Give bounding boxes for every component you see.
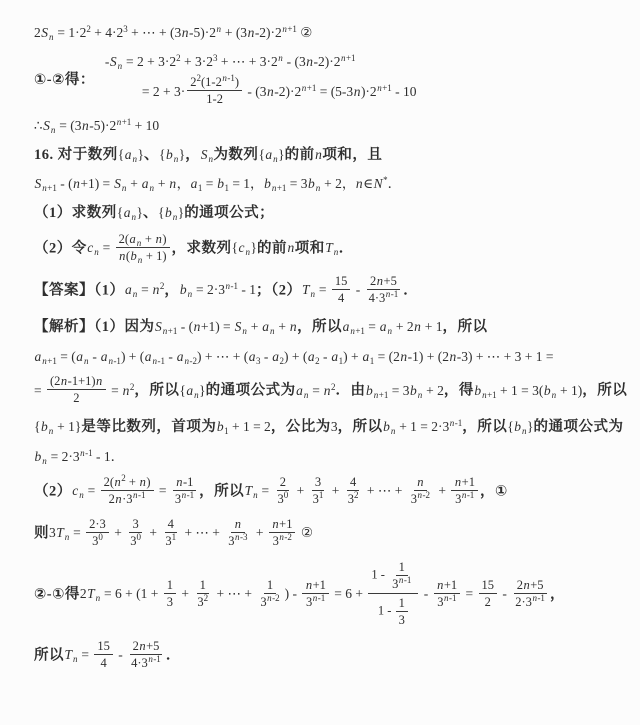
fraction: n+13n-1 (451, 475, 478, 506)
math-segment: bn = 2·3n-1 - 1． (34, 449, 124, 464)
text-segment: ；（2） (256, 282, 302, 298)
fraction: 13n-1 (389, 560, 414, 591)
math-segment: Tn = 154 - 2n+54·3n-1 (64, 647, 166, 662)
text-segment: ， (185, 147, 200, 163)
math-segment: an+1 = (an - an-1) + (an-1 - an-2) + ⋯ +… (34, 349, 554, 364)
math-segment: {cn} (232, 240, 257, 255)
fraction: n3n-2 (408, 475, 433, 506)
text-segment: ，公比为 (271, 419, 331, 435)
math-segment: {an} (117, 205, 143, 220)
text-segment: 【答案】（1） (34, 282, 125, 298)
math-segment: an = n2 (125, 282, 165, 297)
fraction: 152 (479, 578, 498, 609)
math-segment: b1 + 1 = 2 (216, 419, 270, 434)
math-segment: {an} (118, 147, 144, 162)
math-segment: bn + 1 = 2·3n-1 (383, 419, 463, 434)
question-part-1: （1）求数列{an}、{bn}的通项公式； (34, 204, 628, 223)
math-segment: an = n2 (296, 383, 336, 398)
math-segment: Sn+1 - (n+1) = Sn + an + n，a1 = b1 = 1，b… (34, 176, 401, 191)
text-segment: ②-①得 (34, 586, 80, 602)
derive-row: -Sn = 2 + 3·22 + 3·23 + ⋯ + 3·2n - (3n-2… (105, 53, 417, 71)
math-segment: Tn = 230 + 331 + 432 + ⋯ + n3n-2 + n+13n… (244, 483, 480, 498)
math-segment: 2Sn = 1·22 + 4·23 + ⋯ + (3n-5)·2n + (3n-… (34, 25, 312, 40)
solution-telescoping: an+1 = (an - an-1) + (an-1 - an-2) + ⋯ +… (34, 348, 628, 366)
math-segment: ∴Sn = (3n-5)·2n+1 + 10 (34, 118, 159, 133)
math-segment: cn = 2(n2 + n)2n·3n-1 = n-13n-1 (72, 483, 199, 498)
math-segment: {bn + 1} (34, 419, 81, 434)
text-segment: ．由 (336, 383, 366, 399)
math-segment: cn = 2(an + n)n(bn + 1) (87, 240, 172, 255)
fraction: n+13n-2 (269, 517, 296, 548)
text-segment: ，① (480, 483, 508, 499)
derive-label: ①-②得： (34, 71, 95, 90)
text-segment: 项和，且 (322, 147, 382, 163)
fraction: 2(n2 + n)2n·3n-1 (101, 475, 154, 506)
fraction: 1 - 13n-11 - 13 (368, 559, 418, 628)
fraction: 230 (275, 475, 292, 506)
fraction: 154 (94, 639, 113, 670)
text-segment: ，得 (444, 383, 474, 399)
math-segment: = (2n-1+1)n2 = n2 (34, 383, 134, 398)
text-segment: 的通项公式为 (206, 383, 296, 399)
text-segment: ． (166, 647, 181, 663)
solution-part2-cn: （2）cn = 2(n2 + n)2n·3n-1 = n-13n-1，所以Tn … (34, 477, 628, 508)
fraction: 2·330 (86, 517, 109, 548)
math-segment: an+1 = an + 2n + 1 (342, 319, 442, 334)
fraction: 22(1-2n-1)1-2 (187, 75, 242, 106)
document-body: 2Sn = 1·22 + 4·23 + ⋯ + (3n-5)·2n + (3n-… (0, 0, 640, 672)
fraction: 2(an + n)n(bn + 1) (116, 232, 170, 263)
text-segment: 则 (34, 525, 49, 541)
fraction: 2n+54·3n-1 (128, 639, 164, 670)
solution-an-formula: = (2n-1+1)n2 = n2，所以{an}的通项公式为an = n2．由b… (34, 376, 628, 407)
fraction: 432 (345, 475, 362, 506)
text-segment: （1）求数列 (34, 205, 117, 221)
fraction: 431 (162, 517, 179, 548)
math-segment: bn = 2·3n-1 - 1 (179, 282, 256, 297)
math-segment: {an} (258, 147, 284, 162)
fraction: n+13n-1 (302, 578, 329, 609)
math-segment: {bn} (507, 419, 533, 434)
text-segment: ，所以 (582, 383, 627, 399)
derive-rows: -Sn = 2 + 3·22 + 3·23 + ⋯ + 3·2n - (3n-2… (105, 53, 417, 109)
eq-given-conditions: Sn+1 - (n+1) = Sn + an + n，a1 = b1 = 1，b… (34, 175, 628, 193)
text-segment: （2） (34, 483, 72, 499)
text-segment: ． (403, 282, 418, 298)
math-segment: Tn = 154 - 2n+54·3n-1 (301, 282, 403, 297)
math-segment: 2Tn = 6 + (1 + 13 + 132 + ⋯ + 13n-2) - n… (80, 586, 550, 601)
text-segment: ，所以 (443, 319, 488, 335)
fraction: 132 (194, 578, 211, 609)
fraction: 13n-2 (257, 578, 282, 609)
solution-final-Tn: 所以Tn = 154 - 2n+54·3n-1． (34, 641, 628, 672)
math-segment: Sn+1 - (n+1) = Sn + an + n (155, 319, 298, 334)
math-segment: {an} (179, 383, 205, 398)
text-segment: 的通项公式为 (534, 419, 624, 435)
math-segment: bn+1 + 1 = 3(bn + 1) (474, 383, 582, 398)
solution-3Tn: 则3Tn = 2·330 + 330 + 431 + ⋯ + n3n-3 + n… (34, 519, 628, 550)
solution-bn-formula: bn = 2·3n-1 - 1． (34, 448, 628, 466)
math-segment: = 2 + 3·22(1-2n-1)1-2 - (3n-2)·2n+1 = (5… (142, 84, 417, 99)
text-segment: ， (550, 586, 565, 602)
fraction: 2n+52·3n-1 (512, 578, 548, 609)
fraction: 154 (332, 274, 351, 305)
fraction: 13 (396, 596, 408, 627)
math-segment: bn+1 = 3bn + 2 (366, 383, 444, 398)
derivation-subtract: ①-②得：-Sn = 2 + 3·22 + 3·23 + ⋯ + 3·2n - … (34, 53, 628, 109)
solution-line-1: 【解析】（1）因为Sn+1 - (n+1) = Sn + an + n，所以an… (34, 318, 628, 337)
solution-2Tn: ②-①得2Tn = 6 + (1 + 13 + 132 + ⋯ + 13n-2)… (34, 561, 628, 630)
text-segment: 项和 (295, 240, 325, 256)
text-segment: ，所以 (199, 483, 244, 499)
text-segment: ，所以 (297, 319, 342, 335)
derive-row: = 2 + 3·22(1-2n-1)1-2 - (3n-2)·2n+1 = (5… (142, 77, 417, 108)
math-segment: 3Tn = 2·330 + 330 + 431 + ⋯ + n3n-3 + n+… (49, 525, 313, 540)
solution-geometric: {bn + 1}是等比数列，首项为b1 + 1 = 2，公比为3，所以bn + … (34, 418, 628, 437)
text-segment: ， (164, 282, 179, 298)
fraction: 2n+54·3n-1 (366, 274, 402, 305)
fraction: 330 (127, 517, 144, 548)
text-segment: 、 (144, 147, 159, 163)
fraction: n+13n-1 (434, 578, 461, 609)
fraction: n3n-3 (225, 517, 250, 548)
text-segment: 是等比数列，首项为 (81, 419, 216, 435)
eq-Sn-result: ∴Sn = (3n-5)·2n+1 + 10 (34, 117, 628, 135)
text-segment: ，所以 (462, 419, 507, 435)
math-segment: {bn} (158, 205, 184, 220)
text-segment: （2）令 (34, 240, 87, 256)
text-segment: 为数列 (213, 147, 258, 163)
text-segment: 【解析】（1）因为 (34, 319, 155, 335)
math-segment: n (287, 240, 295, 255)
problem-16-statement: 16. 对于数列{an}、{bn}，Sn为数列{an}的前n项和，且 (34, 146, 628, 165)
math-segment: Sn (200, 147, 213, 162)
text-segment: ，所以 (134, 383, 179, 399)
question-part-2: （2）令cn = 2(an + n)n(bn + 1)，求数列{cn}的前n项和… (34, 234, 628, 265)
math-segment: {bn} (159, 147, 185, 162)
math-segment: -Sn = 2 + 3·22 + 3·23 + ⋯ + 3·2n - (3n-2… (105, 54, 356, 69)
text-segment: 的通项公式； (184, 205, 274, 221)
fraction: n-13n-1 (172, 475, 197, 506)
text-segment: 的前 (257, 240, 287, 256)
eq-2Sn: 2Sn = 1·22 + 4·23 + ⋯ + (3n-5)·2n + (3n-… (34, 24, 628, 42)
fraction: 13 (164, 578, 176, 609)
text-segment: ． (339, 240, 354, 256)
fraction: 331 (310, 475, 327, 506)
text-segment: 16. 对于数列 (34, 147, 118, 163)
text-segment: ，所以 (338, 419, 383, 435)
text-segment: 所以 (34, 647, 64, 663)
text-segment: 的前 (285, 147, 315, 163)
fraction: (2n-1+1)n2 (47, 374, 106, 405)
answer-line: 【答案】（1）an = n2，bn = 2·3n-1 - 1；（2）Tn = 1… (34, 276, 628, 307)
math-segment: Tn (325, 240, 339, 255)
text-segment: 、 (143, 205, 158, 221)
text-segment: ，求数列 (172, 240, 232, 256)
math-segment: 3 (331, 419, 338, 434)
